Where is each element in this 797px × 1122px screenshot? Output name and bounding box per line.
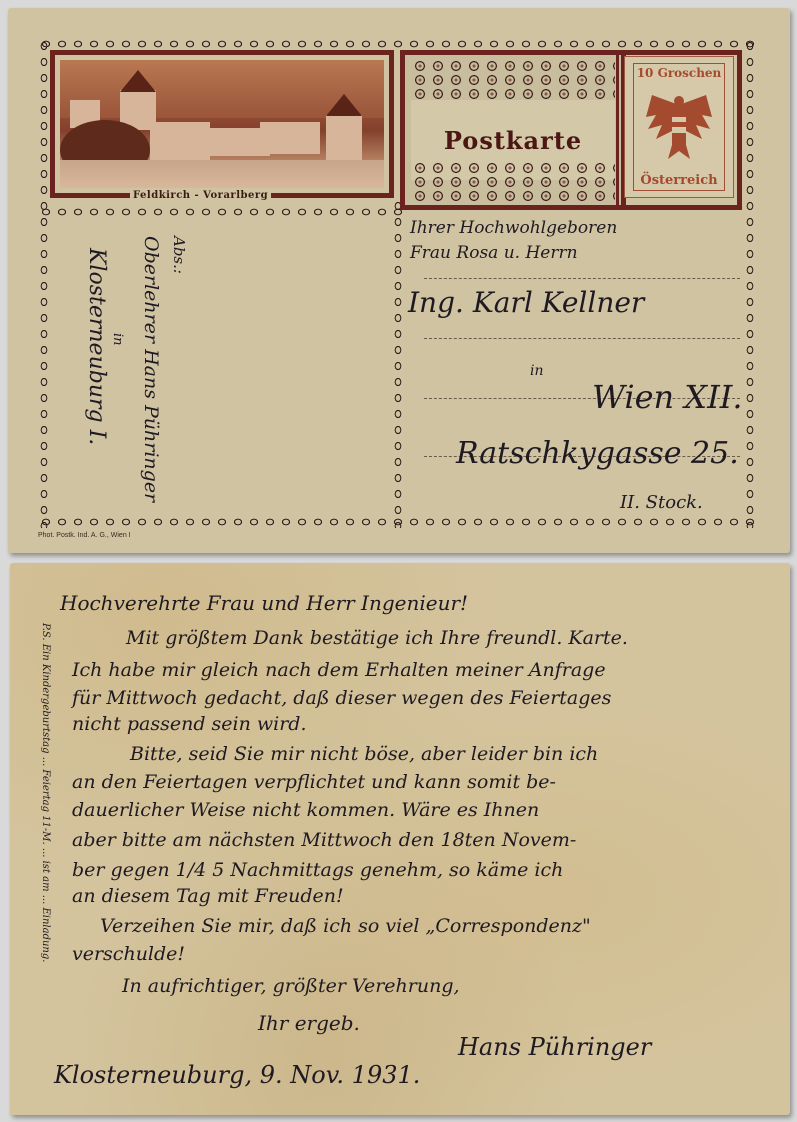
letter-line: für Mittwoch gedacht, daß dieser wegen d… <box>72 687 611 709</box>
letter-greeting: Hochverehrte Frau und Herr Ingenieur! <box>60 591 468 615</box>
sender-line-name: Oberlehrer Hans Pühringer <box>140 236 162 502</box>
letter-line: dauerlicher Weise nicht kommen. Wäre es … <box>72 799 539 821</box>
sender-line-town: Klosterneuburg I. <box>84 248 109 445</box>
address-in: in <box>530 363 544 379</box>
letter-line: Verzeihen Sie mir, daß ich so viel „Corr… <box>100 915 591 937</box>
ornament-caption-band <box>38 206 404 218</box>
lace-ornament-top <box>411 59 615 99</box>
postcard-back: Hochverehrte Frau und Herr Ingenieur! Mi… <box>10 563 790 1115</box>
title-panel: Postkarte <box>400 50 626 210</box>
postcard-front: Feldkirch - Vorarlberg Postkarte 10 Gros… <box>8 8 790 553</box>
letter-signature: Hans Pühringer <box>458 1033 651 1061</box>
letter-line: aber bitte am nächsten Mittwoch den 18te… <box>72 829 576 851</box>
sender-line-abs: Abs.: <box>170 236 188 274</box>
address-floor: II. Stock. <box>620 492 703 513</box>
postage-stamp: 10 Groschen Österreich <box>624 56 734 198</box>
postcard-title: Postkarte <box>444 126 582 155</box>
stamp-country: Österreich <box>640 173 717 188</box>
stamp-value: 10 Groschen <box>637 66 722 80</box>
ornament-border-left <box>38 38 50 528</box>
lace-ornament-bottom <box>411 161 615 201</box>
letter-line: ber gegen 1/4 5 Nachmittags genehm, so k… <box>72 859 563 881</box>
letter-line: Bitte, seid Sie mir nicht böse, aber lei… <box>130 743 598 765</box>
letter-line: verschulde! <box>72 943 185 965</box>
letter-line: Mit größtem Dank bestätige ich Ihre freu… <box>126 627 628 649</box>
address-line-2 <box>424 338 740 339</box>
sender-line-in: in <box>110 333 125 346</box>
address-line-1 <box>424 278 740 279</box>
letter-postscript: P.S. Ein Kindergeburtstag ... Feiertag 1… <box>40 623 51 1093</box>
ornament-border-top <box>38 38 756 50</box>
address-street: Ratschkygasse 25. <box>456 436 739 471</box>
letter-line: Ich habe mir gleich nach dem Erhalten me… <box>72 659 606 681</box>
address-honorific: Ihrer Hochwohlgeboren <box>410 218 617 238</box>
letter-closing: In aufrichtiger, größter Verehrung, <box>122 975 460 997</box>
letter-line: an den Feiertagen verpflichtet und kann … <box>72 771 556 793</box>
letter-line: nicht passend sein wird. <box>72 713 307 735</box>
eagle-coat-of-arms-icon <box>644 87 714 167</box>
address-city: Wien XII. <box>592 378 743 416</box>
ornament-divider <box>392 198 404 528</box>
photo-feldkirch <box>60 60 384 188</box>
ornament-border-right <box>744 38 756 528</box>
letter-line: an diesem Tag mit Freuden! <box>72 885 344 907</box>
address-recipient-1: Frau Rosa u. Herrn <box>410 243 578 263</box>
letter-place-date: Klosterneuburg, 9. Nov. 1931. <box>54 1061 420 1089</box>
address-recipient-name: Ing. Karl Kellner <box>408 286 644 319</box>
photo-caption: Feldkirch - Vorarlberg <box>130 190 271 201</box>
printer-mark: Phot. Postk. Ind. A. G., Wien I <box>38 532 131 539</box>
letter-signoff: Ihr ergeb. <box>258 1011 360 1035</box>
